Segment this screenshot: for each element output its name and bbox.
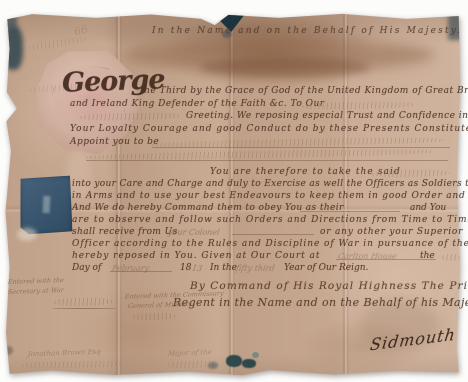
preamble-line-4: Your Loyalty Courage and good Conduct do…: [70, 124, 468, 134]
charge-line-4b: and You: [410, 203, 446, 213]
sidmouth-signature: Sidmouth: [369, 325, 457, 355]
docket-officer-rank: Major of the: [167, 348, 212, 358]
handwritten-fill-scrawl: [442, 254, 460, 261]
handwritten-fill-scrawl: [372, 169, 450, 177]
charge-line-7: Officer according to the Rules and Disci…: [72, 239, 468, 249]
charge-line-8a: hereby reposed in You. Given at Our Cour…: [72, 251, 320, 261]
preamble-line-3: Greeting. We reposing especial Trust and…: [186, 111, 468, 121]
header-line: In the Name and on the Behalf of His Maj…: [152, 26, 462, 36]
docket-scrawl: [168, 361, 218, 369]
preamble-line-1: the Third by the Grace of God of the Uni…: [140, 86, 468, 96]
form-rule-line: [110, 271, 172, 272]
signature-underline: [52, 308, 116, 309]
faint-scrawl: [28, 36, 86, 52]
command-line-1: By Command of His Royal Highness The Pri…: [190, 280, 468, 292]
charge-line-2: into your Care and Charge and duly to Ex…: [72, 179, 468, 189]
charge-line-5: are to observe and follow such Orders an…: [72, 215, 468, 225]
war-office-note-1: Entered with the: [7, 276, 64, 286]
date-year-printed: 18: [180, 263, 191, 273]
handwritten-name-scrawl: [80, 112, 180, 121]
form-rule-line: [86, 160, 448, 161]
entry-signature-scrawl: [133, 313, 175, 321]
handwritten-year: 13: [191, 264, 203, 273]
charge-line-6c: or any other your Superior: [320, 227, 463, 237]
docket-officer-name: Jonathan Brown Esq: [27, 348, 101, 359]
handwritten-name-scrawl: [302, 101, 414, 110]
docket-number: 66: [73, 22, 90, 38]
preamble-line-5: Appoint you to be: [70, 137, 159, 147]
preamble-line-2: and Ireland King Defender of the Faith &…: [70, 99, 325, 109]
charge-line-6a: shall receive from Us: [72, 227, 178, 237]
form-rule-line: [232, 234, 314, 235]
form-rule-line: [300, 211, 400, 212]
entry-signature-scrawl: [54, 297, 112, 306]
war-office-note-2: Secretary at War: [7, 286, 64, 296]
docket-scrawl: [22, 360, 122, 369]
date-line-day-of: Day of: [72, 263, 101, 273]
handwritten-regnal-year: fifty third: [235, 264, 275, 273]
command-line-2: Regent in the Name and on the Behalf of …: [173, 296, 468, 309]
handwritten-your-colonel: your Colonel: [167, 228, 220, 237]
form-rule-line: [336, 259, 436, 260]
charge-line-3: in Arms and to use your best Endeavours …: [72, 191, 468, 201]
date-reign: Year of Our Reign.: [284, 263, 368, 273]
date-in-the: In the: [210, 263, 237, 273]
commission-document-photo: In the Name and on the Behalf of His Maj…: [0, 0, 468, 382]
document-text-layer: In the Name and on the Behalf of His Maj…: [0, 0, 468, 382]
form-rule-line: [152, 147, 450, 148]
